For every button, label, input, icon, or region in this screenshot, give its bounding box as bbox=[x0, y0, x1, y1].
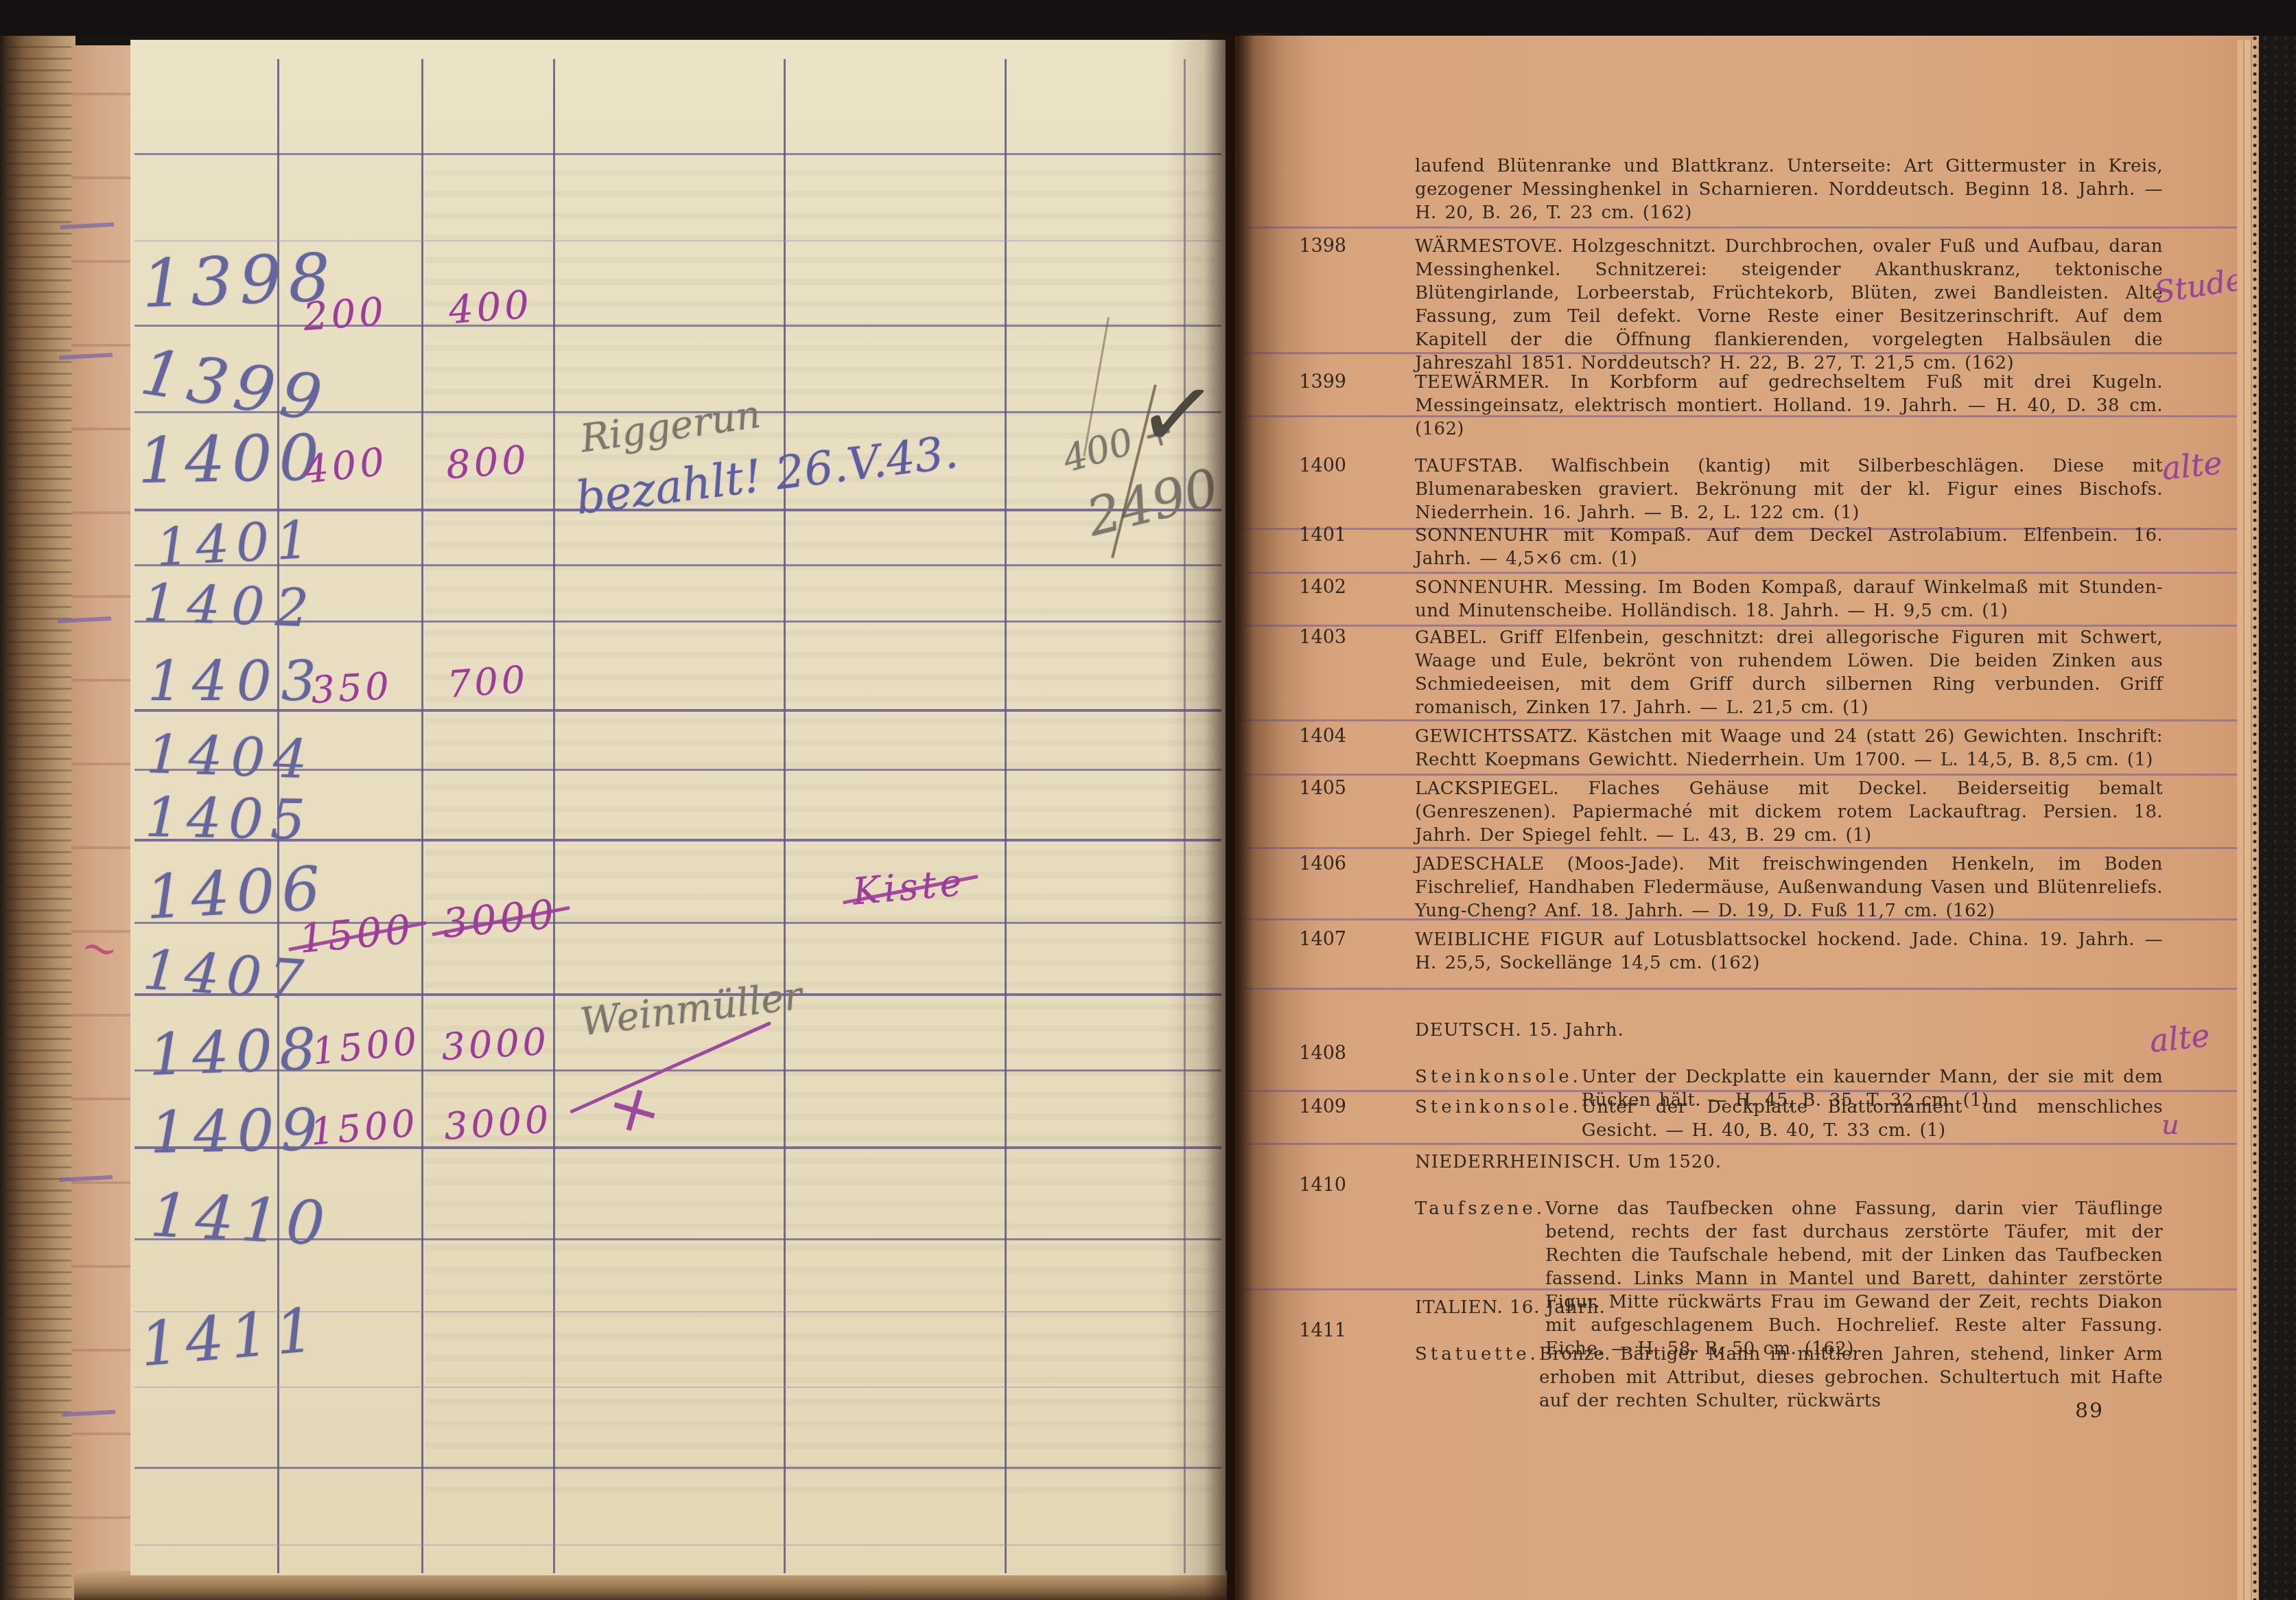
entry-divider bbox=[1243, 719, 2251, 721]
entry-text: TEEWÄRMER. In Korbform auf gedrechseltem… bbox=[1415, 371, 2163, 441]
lot-number: 1401 bbox=[154, 509, 318, 578]
price-value: 400 bbox=[302, 439, 390, 492]
book-cover-right bbox=[2259, 0, 2296, 1600]
entry-number: 1407 bbox=[1294, 928, 1346, 951]
entry-text: Statuette. Bronze. Bärtiger Mann in mitt… bbox=[1415, 1343, 2163, 1366]
lot-number: 1403 bbox=[148, 649, 326, 713]
catalog-entry: ITALIEN. 16. Jahrh. 1411 Statuette. Bron… bbox=[1294, 1296, 2186, 1343]
entry-text: laufend Blütenranke und Blattkranz. Unte… bbox=[1415, 154, 2163, 224]
lot-number: 1410 bbox=[149, 1179, 333, 1260]
catalog-entry: 1399 TEEWÄRMER. In Korbform auf gedrechs… bbox=[1294, 371, 2186, 441]
entry-text: SONNENUHR. Messing. Im Boden Kompaß, dar… bbox=[1415, 576, 2163, 623]
margin-note: alte bbox=[2148, 1017, 2212, 1060]
ledger-hline bbox=[134, 1467, 1221, 1469]
entry-number: 1408 bbox=[1294, 1042, 1346, 1065]
entry-divider bbox=[1243, 847, 2251, 849]
entry-number: 1404 bbox=[1294, 725, 1346, 748]
price-value: 3000 bbox=[443, 1098, 553, 1148]
entry-divider bbox=[1243, 988, 2251, 990]
entry-text: WÄRMESTOVE. Holzgeschnitzt. Durchbrochen… bbox=[1415, 235, 2163, 375]
entry-number: 1411 bbox=[1294, 1319, 1346, 1343]
entry-number: 1401 bbox=[1294, 524, 1346, 547]
check-mark: ✓ bbox=[1132, 356, 1223, 475]
section-heading: NIEDERRHEINISCH. Um 1520. bbox=[1415, 1150, 2163, 1174]
catalog-entry: 1409 Steinkonsole. Unter der Deckplatte … bbox=[1294, 1095, 2186, 1119]
catalog-entry: 1405 LACKSPIEGEL. Flaches Gehäuse mit De… bbox=[1294, 777, 2186, 847]
page-number: 89 bbox=[2075, 1399, 2104, 1423]
page-edge-right bbox=[2237, 40, 2260, 1600]
catalog-entry: 1401 SONNENUHR mit Kompaß. Auf dem Decke… bbox=[1294, 524, 2186, 570]
entry-text: SONNENUHR mit Kompaß. Auf dem Deckel Ast… bbox=[1415, 524, 2163, 570]
catalog-entry: 1406 JADESCHALE (Moos-Jade). Mit freisch… bbox=[1294, 853, 2186, 923]
ledger-hline bbox=[134, 325, 1221, 327]
entry-text: Steinkonsole. Unter der Deckplatte Blatt… bbox=[1415, 1095, 2163, 1119]
catalog-entry: 1402 SONNENUHR. Messing. Im Boden Kompaß… bbox=[1294, 576, 2186, 623]
catalog-entry: 1403 GABEL. Griff Elfenbein, geschnitzt:… bbox=[1294, 626, 2186, 719]
ledger-vline bbox=[784, 59, 786, 1573]
lot-number: 1411 bbox=[137, 1294, 324, 1380]
lot-number: 1405 bbox=[144, 785, 312, 852]
entry-text: Taufszene. Vorne das Taufbecken ohne Fas… bbox=[1415, 1197, 2163, 1220]
entry-number: 1399 bbox=[1294, 371, 1346, 394]
entry-text: GABEL. Griff Elfenbein, geschnitzt: drei… bbox=[1415, 626, 2163, 719]
ledger-vline bbox=[1005, 59, 1007, 1573]
entry-number: 1403 bbox=[1294, 626, 1346, 649]
entry-divider bbox=[1243, 572, 2251, 574]
note-mark-1409: + bbox=[598, 1064, 672, 1153]
entry-divider bbox=[1243, 774, 2251, 776]
section-heading: ITALIEN. 16. Jahrh. bbox=[1415, 1296, 2163, 1319]
entry-lead: Steinkonsole. bbox=[1415, 1097, 1582, 1117]
book-cover-top bbox=[0, 0, 2296, 36]
ledger-vline bbox=[1184, 59, 1186, 1573]
lot-number: 1407 bbox=[141, 938, 312, 1013]
entry-number: 1406 bbox=[1294, 853, 1346, 876]
entry-body: Unter der Deckplatte Blattornament und m… bbox=[1582, 1095, 2163, 1142]
catalog-entry: 1400 TAUFSTAB. Walfischbein (kantig) mit… bbox=[1294, 454, 2186, 524]
margin-note: u bbox=[2162, 1109, 2179, 1141]
section-heading: DEUTSCH. 15. Jahrh. bbox=[1415, 1019, 2163, 1042]
lot-number: 1408 bbox=[148, 1015, 324, 1089]
catalog-entry: NIEDERRHEINISCH. Um 1520. 1410 Taufszene… bbox=[1294, 1150, 2186, 1197]
catalog-entry: 1404 GEWICHTSSATZ. Kästchen mit Waage un… bbox=[1294, 725, 2186, 772]
book-photo: 1398 1399 1400 1401 1402 1403 1404 1405 … bbox=[0, 0, 2296, 1600]
entry-text: JADESCHALE (Moos-Jade). Mit freischwinge… bbox=[1415, 853, 2163, 923]
entry-number: 1409 bbox=[1294, 1095, 1346, 1119]
entry-text: Steinkonsole. Unter der Deckplatte ein k… bbox=[1415, 1065, 2163, 1089]
lot-number: 1404 bbox=[145, 723, 317, 791]
lot-number: 1402 bbox=[142, 572, 320, 639]
price-value: 1500 bbox=[310, 1019, 422, 1074]
ledger-hline bbox=[134, 1544, 1221, 1546]
entry-lead: Steinkonsole. bbox=[1415, 1067, 1582, 1087]
entry-divider bbox=[1243, 227, 2251, 229]
entry-number: 1402 bbox=[1294, 576, 1346, 599]
entry-text: WEIBLICHE FIGUR auf Lotusblattsockel hoc… bbox=[1415, 928, 2163, 975]
entry-number: 1410 bbox=[1294, 1174, 1346, 1197]
price-value-crossed: 3000 bbox=[441, 890, 559, 947]
price-value: 400 bbox=[447, 282, 534, 332]
catalog-entry: 1407 WEIBLICHE FIGUR auf Lotusblattsocke… bbox=[1294, 928, 2186, 975]
lot-number: 1409 bbox=[150, 1096, 325, 1166]
catalog-entry: 1398 WÄRMESTOVE. Holzgeschnitzt. Durchbr… bbox=[1294, 235, 2186, 375]
page-stack-edge-left bbox=[0, 33, 75, 1600]
entry-number: 1400 bbox=[1294, 454, 1346, 478]
price-value: 800 bbox=[445, 437, 531, 487]
lot-number: 1400 bbox=[137, 421, 327, 498]
ledger-page: 1398 1399 1400 1401 1402 1403 1404 1405 … bbox=[130, 40, 1226, 1575]
entry-lead: Taufszene. bbox=[1415, 1198, 1545, 1219]
entry-text: LACKSPIEGEL. Flaches Gehäuse mit Deckel.… bbox=[1415, 777, 2163, 847]
margin-note: alte bbox=[2160, 444, 2224, 487]
note-buyer-1408: Weinmüller bbox=[578, 973, 805, 1045]
entry-text: GEWICHTSSATZ. Kästchen mit Waage und 24 … bbox=[1415, 725, 2163, 772]
ledger-hline bbox=[134, 153, 1221, 155]
entry-text: TAUFSTAB. Walfischbein (kantig) mit Silb… bbox=[1415, 454, 2163, 524]
catalog-entry: DEUTSCH. 15. Jahrh. 1408 Steinkonsole. U… bbox=[1294, 1019, 2186, 1065]
page-deckle-left bbox=[71, 45, 134, 1600]
ledger-vline bbox=[421, 59, 423, 1573]
entry-lead: Statuette. bbox=[1415, 1344, 1539, 1365]
catalog-page: laufend Blütenranke und Blattkranz. Unte… bbox=[1235, 34, 2259, 1600]
note-crossed-1406: Kiste bbox=[851, 861, 967, 914]
ledger-vline bbox=[553, 59, 555, 1573]
entry-divider bbox=[1243, 1143, 2251, 1145]
note-buyer-1400: Riggerun bbox=[578, 392, 763, 461]
price-value-crossed: 1500 bbox=[297, 905, 416, 962]
ledger-hline bbox=[134, 1387, 1221, 1388]
catalog-entry-continued: laufend Blütenranke und Blattkranz. Unte… bbox=[1294, 154, 2186, 224]
price-value: 200 bbox=[302, 289, 388, 339]
price-value: 3000 bbox=[441, 1020, 551, 1069]
entry-body: Bronze. Bärtiger Mann in mittleren Jahre… bbox=[1539, 1343, 2163, 1413]
price-value: 350 bbox=[310, 664, 393, 712]
entry-number: 1405 bbox=[1294, 777, 1346, 800]
price-value: 700 bbox=[446, 658, 530, 706]
entry-number: 1398 bbox=[1294, 235, 1346, 258]
